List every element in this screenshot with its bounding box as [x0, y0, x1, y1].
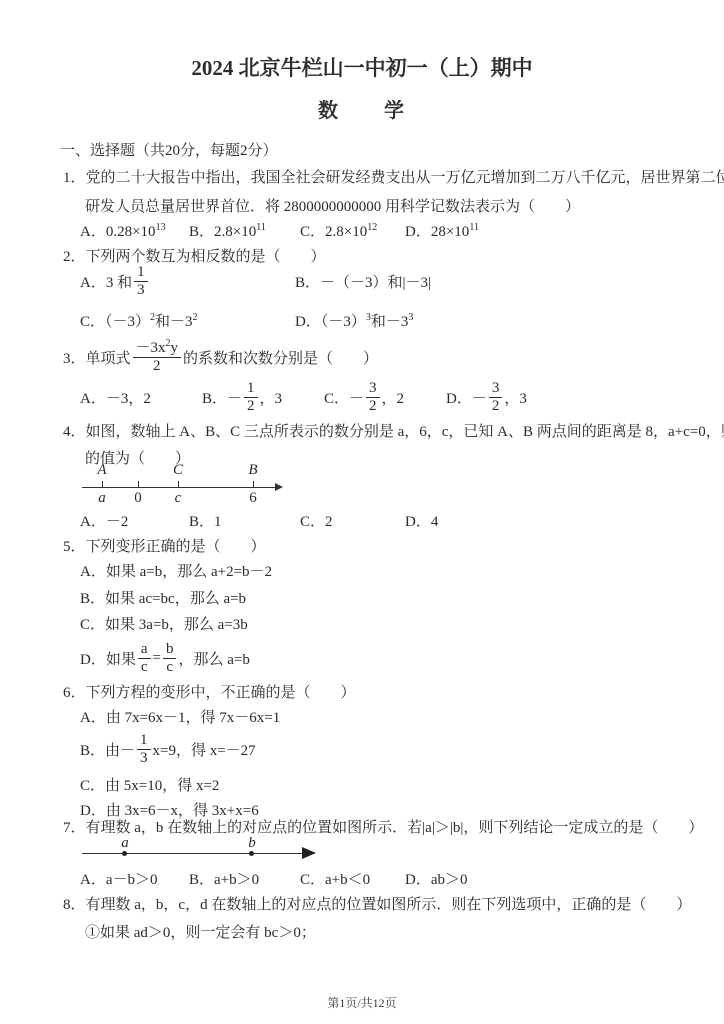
axis-point-label-B: B [246, 463, 260, 478]
axis-point-label-a: a [118, 836, 132, 851]
q1-option-d: D．28×1011 [405, 220, 479, 241]
axis-value-a: a [95, 491, 109, 506]
q3-option-d: D．－32，3 [446, 376, 568, 418]
q4-option-a: A．－2 [80, 510, 189, 531]
q5-option-c: C．如果 3a=b，那么 a=3b [80, 613, 248, 634]
q6-option-c: C．由 5x=10，得 x=2 [80, 774, 219, 795]
q1-text-line1: 1．党的二十大报告中指出，我国全社会研发经费支出从一万亿元增加到二万八千亿元，居… [63, 166, 724, 187]
axis-tick [102, 481, 103, 488]
q3-option-c: C．－32，2 [324, 376, 446, 418]
q2-option-c: C．（－3）2和－32 [80, 310, 295, 331]
q1-option-c: C．2.8×1012 [300, 220, 405, 241]
q2-option-d: D．（－3）3和－33 [295, 310, 413, 331]
q8-subitem-1: ①如果 ad＞0，则一定会有 bc＞0； [85, 921, 316, 942]
fraction: 12 [244, 380, 258, 414]
q7-option-c: C．a+b＜0 [300, 868, 405, 889]
q1-text-line2: 研发人员总量居世界首位．将 2800000000000 用科学记数法表示为（ ） [85, 195, 580, 216]
q8-text: 8．有理数 a，b，c，d 在数轴上的对应点的位置如图所示．则在下列选项中，正确… [63, 893, 691, 914]
axis-line [82, 853, 304, 854]
q7-option-d: D．ab＞0 [405, 868, 468, 889]
axis-tick [253, 481, 254, 488]
q3-options: A．－3，2 B．－12，3 C．－32，2 D．－32，3 [80, 376, 568, 418]
axis-point-label-A: A [95, 463, 109, 478]
page-footer: 第1页/共12页 [0, 994, 724, 1011]
q7-options: A．a－b＞0 B．a+b＞0 C．a+b＜0 D．ab＞0 [80, 868, 468, 889]
q6-text: 6．下列方程的变形中，不正确的是（ ） [63, 681, 356, 702]
q3-option-a: A．－3，2 [80, 376, 202, 418]
q7-number-line: a b [82, 836, 332, 870]
fraction: 32 [489, 380, 503, 414]
q2-text: 2．下列两个数互为相反数的是（ ） [63, 245, 326, 266]
axis-point-label-C: C [171, 463, 185, 478]
q4-text-line1: 4．如图，数轴上 A、B、C 三点所表示的数分别是 a，6，c，已知 A、B 两… [63, 420, 724, 441]
section-heading: 一、选择题（共20分，每题2分） [60, 139, 278, 160]
q5-option-d: D．如果 ac = bc ，那么 a=b [80, 637, 250, 679]
q7-option-a: A．a－b＞0 [80, 868, 189, 889]
q1-options: A．0.28×1013 B．2.8×1011 C．2.8×1012 D．28×1… [80, 220, 479, 241]
q7-text: 7．有理数 a，b 在数轴上的对应点的位置如图所示．若|a|＞|b|，则下列结论… [63, 816, 703, 837]
q5-option-b: B．如果 ac=bc，那么 a=b [80, 587, 246, 608]
q1-option-b: B．2.8×1011 [189, 220, 300, 241]
q6-option-a: A．由 7x=6x－1，得 7x－6x=1 [80, 706, 280, 727]
axis-arrow-icon [275, 483, 283, 491]
fraction: 13 [137, 732, 151, 766]
axis-value-c: c [171, 491, 185, 506]
monomial-fraction: －3x2y 2 [133, 340, 182, 374]
q4-option-b: B．1 [189, 510, 300, 531]
axis-tick [178, 481, 179, 488]
q5-text: 5．下列变形正确的是（ ） [63, 535, 266, 556]
q4-number-line: A C B a 0 c 6 [82, 463, 292, 509]
q2-options-row1: A． 3 和 13 B． －（－3）和|－3| [80, 264, 431, 298]
q3-option-b: B．－12，3 [202, 376, 324, 418]
q2-options-row2: C．（－3）2和－32 D．（－3）3和－33 [80, 310, 413, 331]
exam-page: 2024 北京牛栏山一中初一（上）期中 数 学 一、选择题（共20分，每题2分）… [0, 0, 724, 1024]
q5-option-a: A．如果 a=b，那么 a+2=b－2 [80, 560, 272, 581]
fraction: 32 [366, 380, 380, 414]
axis-arrow-icon [302, 847, 316, 859]
q6-option-b: B．由－ 13 x=9，得 x=－27 [80, 727, 256, 771]
q1-option-a: A．0.28×1013 [80, 220, 189, 241]
q4-options: A．－2 B．1 C．2 D．4 [80, 510, 438, 531]
q4-option-c: C．2 [300, 510, 405, 531]
axis-tick [138, 481, 139, 488]
axis-value-6: 6 [246, 491, 260, 506]
fraction: 13 [134, 264, 148, 298]
page-title: 2024 北京牛栏山一中初一（上）期中 [0, 52, 724, 82]
subject-title: 数 学 [0, 94, 724, 123]
fraction: ac [138, 641, 151, 675]
q3-text: 3．单项式 －3x2y 2 的系数和次数分别是（ ） [63, 336, 378, 378]
fraction: bc [163, 641, 177, 675]
q2-option-b: B． －（－3）和|－3| [295, 264, 431, 298]
axis-point-dot [122, 851, 127, 856]
q2-option-a: A． 3 和 13 [80, 264, 295, 298]
q4-option-d: D．4 [405, 510, 438, 531]
axis-point-dot [249, 851, 254, 856]
axis-value-0: 0 [131, 491, 145, 506]
axis-point-label-b: b [245, 836, 259, 851]
q7-option-b: B．a+b＞0 [189, 868, 300, 889]
